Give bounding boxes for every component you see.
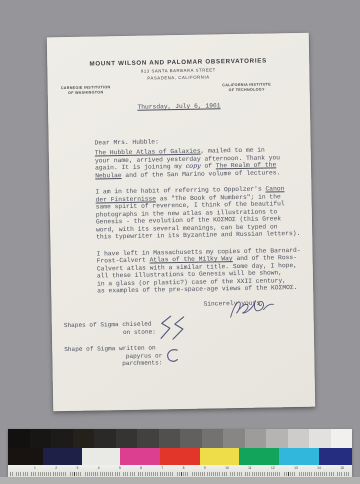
paragraph: I have left in Massachusetts my copies o… (96, 246, 297, 294)
letter-body: The Hubble Atlas of Galaxies, mailed to … (95, 146, 298, 304)
color-patch-blue (319, 448, 352, 465)
org-carnegie-line2: OF WASHINGTON (56, 90, 116, 96)
grayscale-step (245, 429, 267, 448)
letterhead-org-carnegie: CARNEGIE INSTITUTION OF WASHINGTON (56, 85, 116, 96)
letterhead: MOUNT WILSON AND PALOMAR OBSERVATORIES 8… (47, 57, 309, 82)
grayscale-step (288, 429, 310, 448)
letter-date: Thursday, July 6, 1961 (48, 101, 310, 113)
ruler-number: 14 (317, 466, 321, 470)
color-patch-row (8, 448, 352, 465)
ruler-number: 1 (34, 466, 36, 470)
ruler-number: 2 (55, 466, 57, 470)
ruler-number: 8 (183, 466, 185, 470)
letter-page: MOUNT WILSON AND PALOMAR OBSERVATORIES 8… (47, 33, 315, 412)
grayscale-step (223, 429, 245, 448)
ruler-number: 15 (340, 466, 344, 470)
ruler-number: 6 (140, 466, 142, 470)
color-patch-cyan (279, 448, 319, 465)
grayscale-step (116, 429, 138, 448)
color-patch-black (8, 448, 43, 465)
sigma-papyrus-label: Shape of Sigma written on papyrus or par… (64, 344, 162, 368)
lunate-sigma-glyph-icon (165, 347, 179, 368)
scan-background: MOUNT WILSON AND PALOMAR OBSERVATORIES 8… (0, 0, 360, 484)
ruler-number: 12 (271, 466, 275, 470)
grayscale-step (331, 429, 353, 448)
grayscale-step (159, 429, 181, 448)
ruler-ticks (10, 472, 350, 477)
ruler-numbers: 123456789101112131415 (34, 466, 344, 470)
paragraph: The Hubble Atlas of Galaxies, mailed to … (95, 146, 295, 179)
color-patch-green (239, 448, 279, 465)
letterhead-org-caltech: CALIFORNIA INSTITUTE OF TECHNOLOGY (220, 82, 274, 93)
org-caltech-line2: OF TECHNOLOGY (220, 87, 274, 93)
grayscale-step (73, 429, 95, 448)
grayscale-step (202, 429, 224, 448)
color-patch-red (160, 448, 200, 465)
color-patch-yellow (200, 448, 239, 465)
ruler-number: 3 (76, 466, 78, 470)
calibration-bar: 123456789101112131415 (8, 429, 352, 477)
grayscale-step (266, 429, 288, 448)
grayscale-step (8, 429, 30, 448)
ruler-number: 11 (248, 466, 251, 470)
ruler-number: 13 (294, 466, 298, 470)
ruler-number: 10 (225, 466, 229, 470)
angular-sigma-glyphs-icon (159, 314, 188, 346)
paragraph: I am in the habit of referring to Oppolz… (95, 185, 296, 241)
salutation: Dear Mrs. Hubble: (95, 138, 159, 146)
grayscale-step (51, 429, 73, 448)
sigma-stone-label: Shapes of Sigma chiseled on stone: (64, 320, 156, 337)
scan-bottom-strip (0, 477, 360, 484)
grayscale-step (137, 429, 159, 448)
ruler-number: 4 (98, 466, 100, 470)
color-patch-white (82, 448, 120, 465)
ruler: 123456789101112131415 (8, 465, 352, 477)
color-patch-navy (43, 448, 82, 465)
grayscale-step (309, 429, 331, 448)
color-patch-magenta (120, 448, 160, 465)
ruler-number: 9 (204, 466, 206, 470)
handwritten-signature-icon (227, 296, 277, 326)
ruler-number: 5 (119, 466, 121, 470)
sigma-papyrus-line3: parchments: (64, 359, 162, 368)
grayscale-step (180, 429, 202, 448)
grayscale-step (30, 429, 52, 448)
ruler-number: 7 (161, 466, 163, 470)
grayscale-step-wedge (8, 429, 352, 448)
grayscale-step (94, 429, 116, 448)
